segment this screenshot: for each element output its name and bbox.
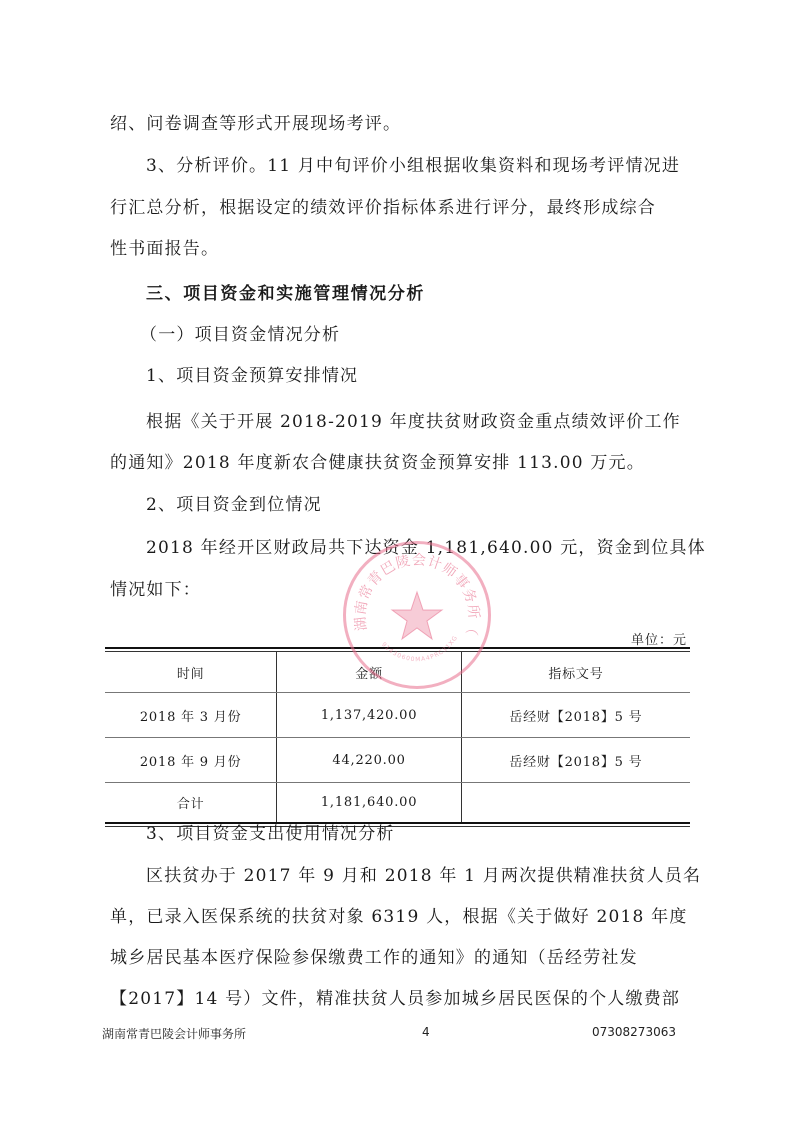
cell-total-amount: 1,181,640.00 — [277, 783, 462, 823]
paragraph-line: 行汇总分析，根据设定的绩效评价指标体系进行评分，最终形成综合 — [110, 196, 690, 220]
paragraph-line: 的通知》2018 年度新农合健康扶贫资金预算安排 113.00 万元。 — [110, 451, 690, 475]
footer-phone: 07308273063 — [592, 1025, 676, 1039]
cell-amount: 1,137,420.00 — [277, 693, 462, 738]
cell-total-label: 合计 — [105, 783, 277, 823]
cell-time: 2018 年 3 月份 — [105, 693, 277, 738]
paragraph-line: 单，已录入医保系统的扶贫对象 6319 人，根据《关于做好 2018 年度 — [110, 905, 690, 929]
paragraph-line: 根据《关于开展 2018-2019 年度扶贫财政资金重点绩效评价工作 — [146, 410, 726, 434]
table-row: 2018 年 3 月份 1,137,420.00 岳经财【2018】5 号 — [105, 693, 690, 738]
table-row: 2018 年 9 月份 44,220.00 岳经财【2018】5 号 — [105, 738, 690, 783]
column-header-amount: 金额 — [277, 652, 462, 693]
paragraph-line: 性书面报告。 — [110, 237, 690, 261]
subsection-heading: 2、项目资金到位情况 — [146, 493, 726, 517]
paragraph-line: 区扶贫办于 2017 年 9 月和 2018 年 1 月两次提供精准扶贫人员名 — [146, 864, 726, 888]
column-header-doc-number: 指标文号 — [461, 652, 690, 693]
footer-page-number: 4 — [422, 1025, 430, 1039]
paragraph-line: 城乡居民基本医疗保险参保缴费工作的通知》的通知（岳经劳社发 — [110, 946, 690, 970]
column-header-time: 时间 — [105, 652, 277, 693]
cell-doc-number: 岳经财【2018】5 号 — [461, 738, 690, 783]
cell-total-doc — [461, 783, 690, 823]
document-page: 绍、问卷调查等形式开展现场考评。 3、分析评价。11 月中旬评价小组根据收集资料… — [0, 0, 793, 1121]
subsection-heading: 3、项目资金支出使用情况分析 — [146, 822, 726, 846]
subsection-heading: 1、项目资金预算安排情况 — [146, 364, 726, 388]
paragraph-line: 3、分析评价。11 月中旬评价小组根据收集资料和现场考评情况进 — [146, 154, 726, 178]
cell-time: 2018 年 9 月份 — [105, 738, 277, 783]
unit-label: 单位：元 — [631, 629, 687, 648]
cell-amount: 44,220.00 — [277, 738, 462, 783]
paragraph-line: 2018 年经开区财政局共下达资金 1,181,640.00 元，资金到位具体 — [146, 536, 726, 560]
table-header-row: 时间 金额 指标文号 — [105, 652, 690, 693]
footer-firm-name: 湖南常青巴陵会计师事务所 — [102, 1025, 246, 1042]
paragraph-line: 【2017】14 号）文件，精准扶贫人员参加城乡居民医保的个人缴费部 — [110, 987, 690, 1011]
cell-doc-number: 岳经财【2018】5 号 — [461, 693, 690, 738]
table-total-row: 合计 1,181,640.00 — [105, 783, 690, 823]
section-heading: 三、项目资金和实施管理情况分析 — [146, 282, 726, 306]
paragraph-line: 情况如下： — [110, 578, 690, 602]
paragraph-line: 绍、问卷调查等形式开展现场考评。 — [110, 112, 690, 136]
funding-table: 时间 金额 指标文号 2018 年 3 月份 1,137,420.00 岳经财【… — [105, 647, 690, 827]
subsection-heading: （一）项目资金情况分析 — [140, 323, 720, 347]
